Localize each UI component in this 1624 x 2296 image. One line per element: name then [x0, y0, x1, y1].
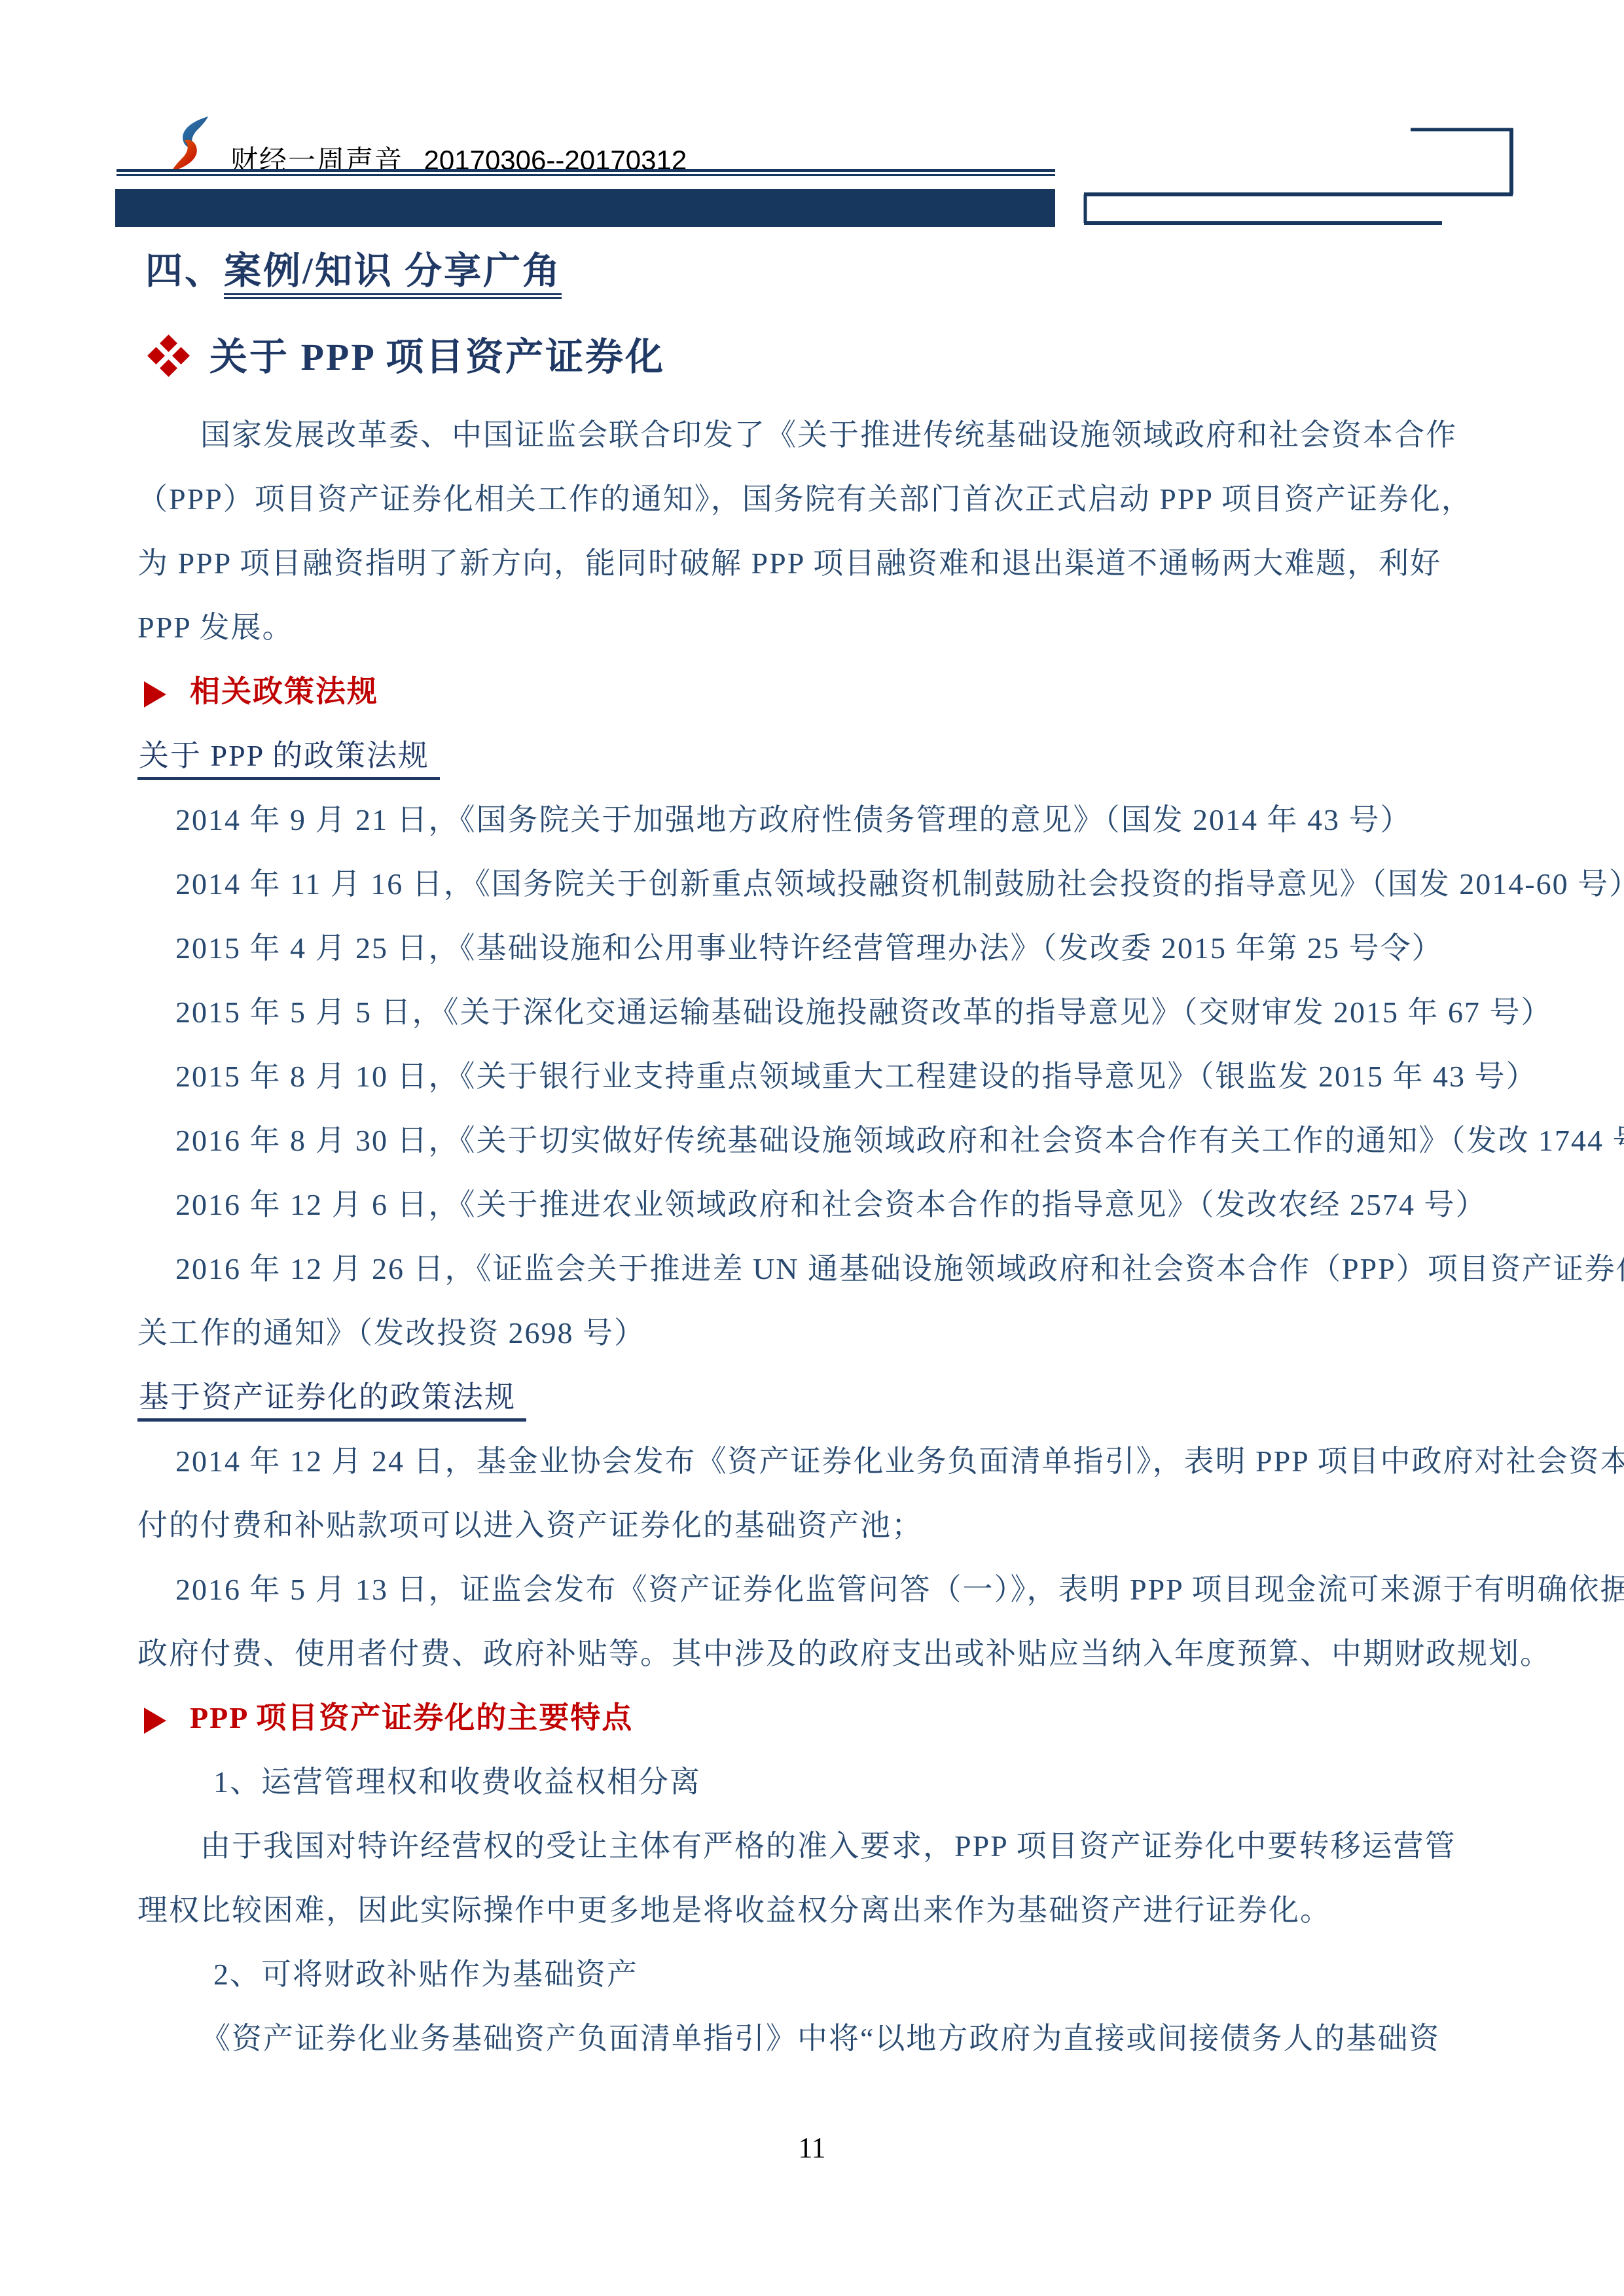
text-line-content: 2014 年 11 月 16 日，《国务院关于创新重点领域投融资机制鼓励社会投资…: [175, 867, 1624, 901]
text-line-content: 2015 年 8 月 10 日，《关于银行业支持重点领域重大工程建设的指导意见》…: [175, 1060, 1538, 1093]
text-line-content: 理权比较困难，因此实际操作中更多地是将收益权分离出来作为基础资产进行证券化。: [137, 1893, 1331, 1927]
text-line-content: 2、可将财政补贴作为基础资产: [213, 1958, 638, 1991]
text-line: 政府付费、使用者付费、政府补贴等。其中涉及的政府支出或补贴应当纳入年度预算、中期…: [137, 1622, 1519, 1686]
text-line: 关于 PPP 的政策法规: [137, 724, 1519, 788]
page-number: 11: [0, 2131, 1624, 2164]
text-line: 关工作的通知》（发改投资 2698 号）: [137, 1301, 1519, 1365]
arrow-bullet-icon: [144, 1708, 166, 1734]
text-line-content: 2015 年 4 月 25 日，《基础设施和公用事业特许经营管理办法》（发改委 …: [175, 931, 1443, 965]
section-title: 案例/知识 分享广角: [224, 251, 562, 299]
text-line-content: 2016 年 12 月 26 日，《证监会关于推进差 UN 通基础设施领域政府和…: [175, 1252, 1624, 1285]
text-line: 1、运营管理权和收费收益权相分离: [137, 1750, 1519, 1814]
text-line: 付的付费和补贴款项可以进入资产证券化的基础资产池；: [137, 1494, 1519, 1558]
text-line: 理权比较困难，因此实际操作中更多地是将收益权分离出来作为基础资产进行证券化。: [137, 1878, 1519, 1943]
arrow-bullet-icon: [144, 681, 166, 708]
text-line: 2015 年 5 月 5 日，《关于深化交通运输基础设施投融资改革的指导意见》（…: [137, 980, 1519, 1045]
article-heading: 关于 PPP 项目资产证券化: [149, 326, 665, 381]
text-line-content: 2014 年 12 月 24 日，基金业协会发布《资产证券化业务负面清单指引》，…: [175, 1444, 1624, 1478]
text-line: 《资产证券化业务基础资产负面清单指引》中将“以地方政府为直接或间接债务人的基础资: [137, 2007, 1519, 2071]
text-line-content: 1、运营管理权和收费收益权相分离: [213, 1765, 701, 1799]
text-line: PPP 发展。: [137, 596, 1519, 660]
text-line: PPP 项目资产证券化的主要特点: [137, 1686, 1519, 1750]
text-line: 2014 年 9 月 21 日，《国务院关于加强地方政府性债务管理的意见》（国发…: [137, 788, 1519, 852]
text-line: 2016 年 5 月 13 日，证监会发布《资产证券化监管问答（一）》，表明 P…: [137, 1558, 1519, 1622]
section-number: 四、: [145, 251, 224, 292]
article-title: 关于 PPP 项目资产证券化: [209, 336, 665, 378]
text-line-content: 政府付费、使用者付费、政府补贴等。其中涉及的政府支出或补贴应当纳入年度预算、中期…: [137, 1637, 1551, 1670]
text-line-content: PPP 项目资产证券化的主要特点: [190, 1701, 633, 1734]
text-line-content: 为 PPP 项目融资指明了新方向，能同时破解 PPP 项目融资难和退出渠道不通畅…: [137, 547, 1441, 580]
text-line-content: 关工作的通知》（发改投资 2698 号）: [137, 1316, 645, 1350]
section-banner: [115, 189, 1055, 227]
text-line: 2014 年 11 月 16 日，《国务院关于创新重点领域投融资机制鼓励社会投资…: [137, 852, 1519, 916]
text-line: 2016 年 12 月 6 日，《关于推进农业领域政府和社会资本合作的指导意见》…: [137, 1173, 1519, 1237]
text-line-content: 由于我国对特许经营权的受让主体有严格的准入要求，PPP 项目资产证券化中要转移运…: [200, 1829, 1456, 1863]
text-line-content: 基于资产证券化的政策法规: [137, 1378, 526, 1422]
text-line-content: 2015 年 5 月 5 日，《关于深化交通运输基础设施投融资改革的指导意见》（…: [175, 996, 1553, 1029]
brand-logo-icon: [165, 115, 215, 173]
section-heading: 四、案例/知识 分享广角: [145, 241, 562, 295]
article-body: 国家发展改革委、中国证监会联合印发了《关于推进传统基础设施领域政府和社会资本合作…: [137, 403, 1519, 2071]
text-line: 2016 年 8 月 30 日，《关于切实做好传统基础设施领域政府和社会资本合作…: [137, 1109, 1519, 1173]
text-line-content: 2016 年 5 月 13 日，证监会发布《资产证券化监管问答（一）》，表明 P…: [175, 1573, 1624, 1606]
text-line-content: 付的付费和补贴款项可以进入资产证券化的基础资产池；: [137, 1509, 923, 1542]
text-line-content: PPP 发展。: [137, 611, 294, 644]
text-line: 相关政策法规: [137, 660, 1519, 724]
text-line: 2015 年 8 月 10 日，《关于银行业支持重点领域重大工程建设的指导意见》…: [137, 1045, 1519, 1109]
text-line: 2014 年 12 月 24 日，基金业协会发布《资产证券化业务负面清单指引》，…: [137, 1429, 1519, 1494]
text-line: （PPP）项目资产证券化相关工作的通知》，国务院有关部门首次正式启动 PPP 项…: [137, 467, 1519, 531]
text-line: 为 PPP 项目融资指明了新方向，能同时破解 PPP 项目融资难和退出渠道不通畅…: [137, 531, 1519, 596]
text-line: 国家发展改革委、中国证监会联合印发了《关于推进传统基础设施领域政府和社会资本合作: [137, 403, 1519, 467]
diamond-bullet-icon: [149, 337, 187, 375]
text-line: 由于我国对特许经营权的受让主体有严格的准入要求，PPP 项目资产证券化中要转移运…: [137, 1814, 1519, 1878]
text-line-content: 2016 年 8 月 30 日，《关于切实做好传统基础设施领域政府和社会资本合作…: [175, 1124, 1624, 1157]
text-line: 2016 年 12 月 26 日，《证监会关于推进差 UN 通基础设施领域政府和…: [137, 1237, 1519, 1301]
text-line-content: 关于 PPP 的政策法规: [137, 737, 440, 780]
text-line: 2015 年 4 月 25 日，《基础设施和公用事业特许经营管理办法》（发改委 …: [137, 916, 1519, 980]
text-line: 基于资产证券化的政策法规: [137, 1365, 1519, 1429]
text-line-content: （PPP）项目资产证券化相关工作的通知》，国务院有关部门首次正式启动 PPP 项…: [137, 482, 1473, 516]
document-page: 财经一周声音 20170306--20170312 四、案例/知识 分享广角 关…: [0, 0, 1624, 2296]
header-rule: [117, 169, 1055, 176]
text-line-content: 相关政策法规: [190, 675, 378, 708]
text-line-content: 《资产证券化业务基础资产负面清单指引》中将“以地方政府为直接或间接债务人的基础资: [200, 2022, 1440, 2055]
text-line-content: 2016 年 12 月 6 日，《关于推进农业领域政府和社会资本合作的指导意见》…: [175, 1188, 1487, 1221]
text-line-content: 2014 年 9 月 21 日，《国务院关于加强地方政府性债务管理的意见》（国发…: [175, 803, 1412, 836]
text-line-content: 国家发展改革委、中国证监会联合印发了《关于推进传统基础设施领域政府和社会资本合作: [200, 418, 1457, 452]
text-line: 2、可将财政补贴作为基础资产: [137, 1943, 1519, 2007]
